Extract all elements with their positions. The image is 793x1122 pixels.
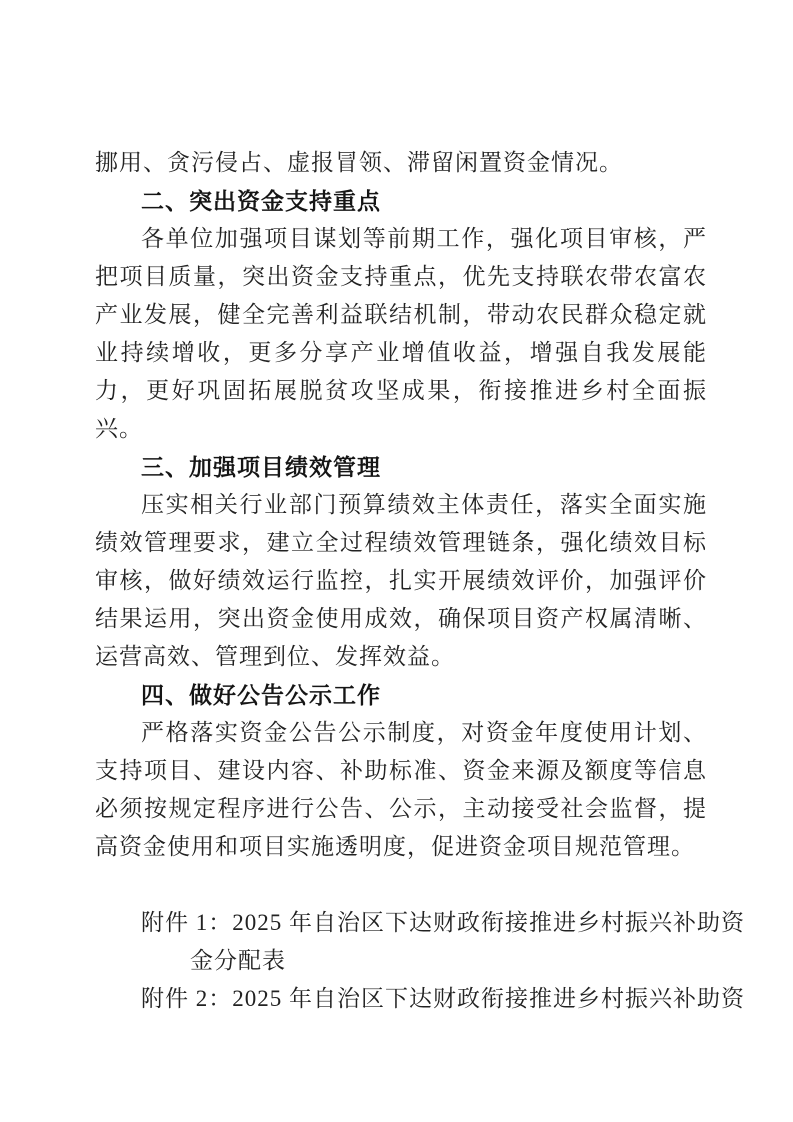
section-heading-public-disclosure: 四、做好公告公示工作 xyxy=(95,676,707,714)
blank-line-spacer xyxy=(95,866,707,904)
section-body-performance-management: 压实相关行业部门预算绩效主体责任，落实全面实施绩效管理要求，建立全过程绩效管理链… xyxy=(95,486,707,676)
document-page: 挪用、贪污侵占、虚报冒领、滞留闲置资金情况。 二、突出资金支持重点 各单位加强项… xyxy=(0,0,793,1122)
section-body-funding-priorities: 各单位加强项目谋划等前期工作，强化项目审核，严把项目质量，突出资金支持重点，优先… xyxy=(95,220,707,448)
document-content: 挪用、贪污侵占、虚报冒领、滞留闲置资金情况。 二、突出资金支持重点 各单位加强项… xyxy=(95,144,707,1018)
attachment-2-line-1: 附件 2：2025 年自治区下达财政衔接推进乡村振兴补助资 xyxy=(95,980,707,1018)
section-body-public-disclosure: 严格落实资金公告公示制度，对资金年度使用计划、支持项目、建设内容、补助标准、资金… xyxy=(95,714,707,866)
attachment-1-line-2: 金分配表 xyxy=(95,942,707,980)
section-heading-performance-management: 三、加强项目绩效管理 xyxy=(95,448,707,486)
attachment-1-line-1: 附件 1：2025 年自治区下达财政衔接推进乡村振兴补助资 xyxy=(95,904,707,942)
carryover-paragraph-line: 挪用、贪污侵占、虚报冒领、滞留闲置资金情况。 xyxy=(95,144,707,182)
section-heading-funding-priorities: 二、突出资金支持重点 xyxy=(95,182,707,220)
